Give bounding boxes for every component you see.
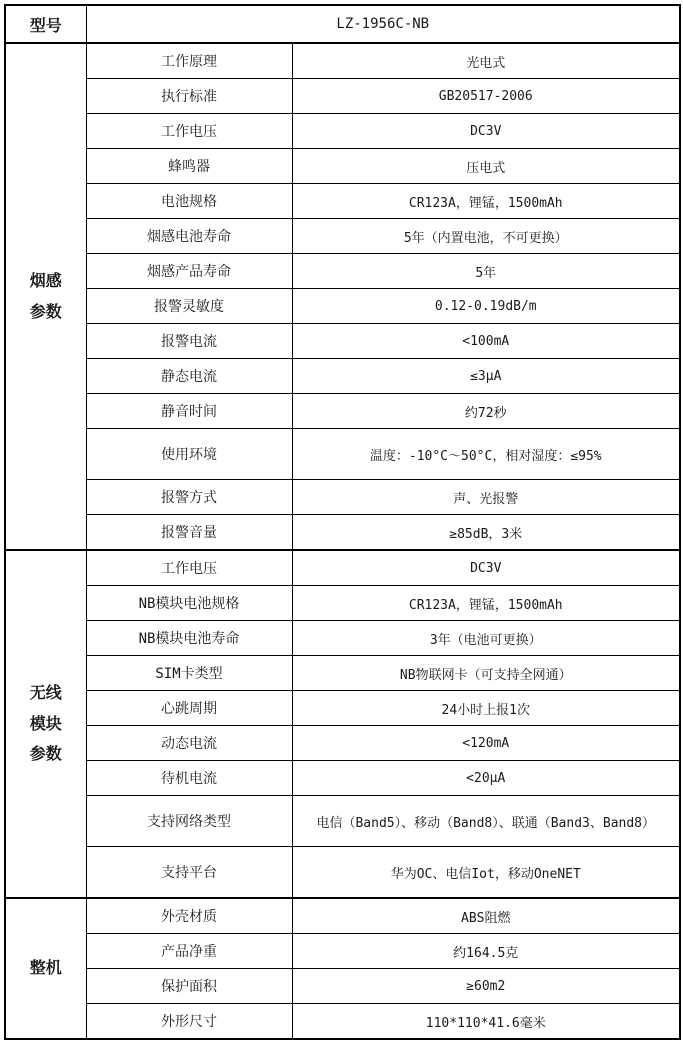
spec-label: 使用环境: [86, 429, 292, 480]
spec-value: GB20517-2006: [292, 79, 680, 114]
spec-label: 报警音量: [86, 515, 292, 551]
table-row: 支持平台华为OC、电信Iot，移动OneNET: [5, 847, 680, 899]
table-row: 心跳周期24小时上报1次: [5, 691, 680, 726]
table-row: NB模块电池寿命3年（电池可更换）: [5, 621, 680, 656]
spec-sheet-page: 型号 LZ-1956C-NB 烟感 参数工作原理光电式执行标准GB20517-2…: [0, 0, 683, 909]
spec-value: 3年（电池可更换）: [292, 621, 680, 656]
spec-label: 外形尺寸: [86, 1004, 292, 1040]
model-row: 型号 LZ-1956C-NB: [5, 5, 680, 43]
spec-value: DC3V: [292, 550, 680, 586]
table-row: 报警灵敏度0.12-0.19dB/m: [5, 289, 680, 324]
table-row: 烟感电池寿命5年（内置电池，不可更换）: [5, 219, 680, 254]
spec-label: 静态电流: [86, 359, 292, 394]
table-row: 静音时间约72秒: [5, 394, 680, 429]
spec-value: <100mA: [292, 324, 680, 359]
table-row: 待机电流<20μA: [5, 761, 680, 796]
table-row: 整机外壳材质ABS阻燃: [5, 898, 680, 934]
spec-value: ABS阻燃: [292, 898, 680, 934]
spec-value: NB物联网卡（可支持全网通）: [292, 656, 680, 691]
spec-value: 约164.5克: [292, 934, 680, 969]
spec-label: 工作电压: [86, 550, 292, 586]
spec-label: 外壳材质: [86, 898, 292, 934]
section-label-wireless-module-params: 无线 模块 参数: [5, 550, 86, 898]
spec-label: NB模块电池规格: [86, 586, 292, 621]
spec-label: 烟感产品寿命: [86, 254, 292, 289]
spec-label: 待机电流: [86, 761, 292, 796]
spec-label: 报警方式: [86, 480, 292, 515]
table-row: 电池规格CR123A，锂锰，1500mAh: [5, 184, 680, 219]
spec-label: NB模块电池寿命: [86, 621, 292, 656]
model-row-label: 型号: [5, 5, 86, 43]
spec-label: 工作原理: [86, 43, 292, 79]
spec-value: 110*110*41.6毫米: [292, 1004, 680, 1040]
spec-label: 烟感电池寿命: [86, 219, 292, 254]
spec-label: 静音时间: [86, 394, 292, 429]
table-row: 支持网络类型电信（Band5）、移动（Band8）、联通（Band3、Band8…: [5, 796, 680, 847]
model-number-value: LZ-1956C-NB: [86, 5, 680, 43]
spec-value: 声、光报警: [292, 480, 680, 515]
spec-value: 压电式: [292, 149, 680, 184]
table-row: 产品净重约164.5克: [5, 934, 680, 969]
spec-value: 5年（内置电池，不可更换）: [292, 219, 680, 254]
section-label-whole-unit: 整机: [5, 898, 86, 1039]
spec-value: 电信（Band5）、移动（Band8）、联通（Band3、Band8）: [292, 796, 680, 847]
spec-value: 光电式: [292, 43, 680, 79]
table-row: 动态电流<120mA: [5, 726, 680, 761]
spec-value: <120mA: [292, 726, 680, 761]
spec-value: 约72秒: [292, 394, 680, 429]
table-row: 报警电流<100mA: [5, 324, 680, 359]
table-row: 报警音量≥85dB，3米: [5, 515, 680, 551]
table-row: 使用环境温度：-10°C～50°C，相对湿度：≤95%: [5, 429, 680, 480]
section-label-smoke-params: 烟感 参数: [5, 43, 86, 550]
spec-label: 工作电压: [86, 114, 292, 149]
table-row: 无线 模块 参数工作电压DC3V: [5, 550, 680, 586]
table-row: 烟感 参数工作原理光电式: [5, 43, 680, 79]
spec-label: 支持平台: [86, 847, 292, 899]
spec-label: 报警灵敏度: [86, 289, 292, 324]
spec-value: 华为OC、电信Iot，移动OneNET: [292, 847, 680, 899]
spec-value: 0.12-0.19dB/m: [292, 289, 680, 324]
product-spec-table: 型号 LZ-1956C-NB 烟感 参数工作原理光电式执行标准GB20517-2…: [4, 4, 681, 1040]
spec-label: 电池规格: [86, 184, 292, 219]
table-row: NB模块电池规格CR123A，锂锰，1500mAh: [5, 586, 680, 621]
spec-value: DC3V: [292, 114, 680, 149]
spec-value: <20μA: [292, 761, 680, 796]
spec-label: 动态电流: [86, 726, 292, 761]
table-row: 静态电流≤3μA: [5, 359, 680, 394]
spec-label: 心跳周期: [86, 691, 292, 726]
spec-label: 产品净重: [86, 934, 292, 969]
spec-value: CR123A，锂锰，1500mAh: [292, 184, 680, 219]
spec-label: SIM卡类型: [86, 656, 292, 691]
spec-label: 蜂鸣器: [86, 149, 292, 184]
table-row: 工作电压DC3V: [5, 114, 680, 149]
spec-value: 5年: [292, 254, 680, 289]
spec-label: 执行标准: [86, 79, 292, 114]
table-row: SIM卡类型NB物联网卡（可支持全网通）: [5, 656, 680, 691]
table-row: 蜂鸣器压电式: [5, 149, 680, 184]
spec-value: ≥60m2: [292, 969, 680, 1004]
table-row: 执行标准GB20517-2006: [5, 79, 680, 114]
spec-value: 温度：-10°C～50°C，相对湿度：≤95%: [292, 429, 680, 480]
table-row: 外形尺寸110*110*41.6毫米: [5, 1004, 680, 1040]
spec-value: ≥85dB，3米: [292, 515, 680, 551]
spec-label: 支持网络类型: [86, 796, 292, 847]
table-row: 报警方式声、光报警: [5, 480, 680, 515]
table-row: 保护面积≥60m2: [5, 969, 680, 1004]
spec-value: CR123A，锂锰，1500mAh: [292, 586, 680, 621]
table-row: 烟感产品寿命5年: [5, 254, 680, 289]
spec-value: 24小时上报1次: [292, 691, 680, 726]
spec-value: ≤3μA: [292, 359, 680, 394]
spec-label: 报警电流: [86, 324, 292, 359]
spec-label: 保护面积: [86, 969, 292, 1004]
